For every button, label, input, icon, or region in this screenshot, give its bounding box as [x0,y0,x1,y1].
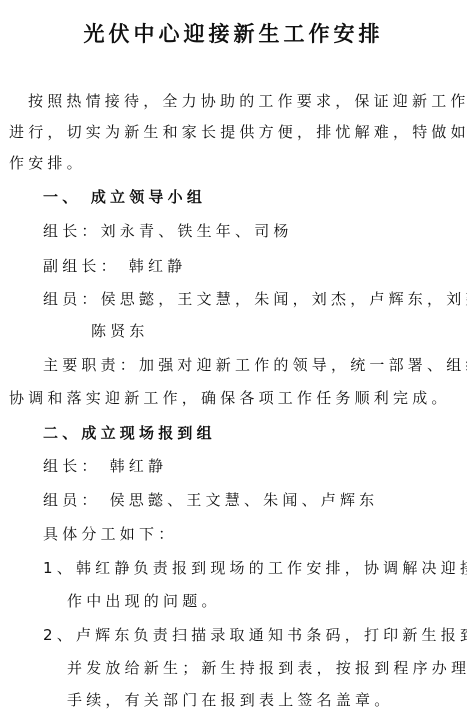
intro-line-1: 按照热情接待，全力协助的工作要求，保证迎新工作有序 [28,91,467,111]
section2-heading: 二、成立现场报到组 [43,423,216,443]
intro-line-3: 作安排。 [9,153,86,173]
section1-leader: 组长：刘永青、铁生年、司杨 [43,221,293,241]
section2-item2-line-3: 手续，有关部门在报到表上签名盖章。 [67,690,393,710]
section2-leader: 组长： 韩红静 [43,456,167,476]
section2-item2-line-2: 并发放给新生；新生持报到表，按报到程序办理有关 [67,658,467,678]
section2-division-intro: 具体分工如下： [43,524,177,544]
section1-duty-line-1: 主要职责：加强对迎新工作的领导，统一部署、组织、 [43,355,467,375]
section2-item2-line-1: 2、卢辉东负责扫描录取通知书条码，打印新生报到表 [43,625,467,645]
section1-members-line-2: 陈贤东 [91,321,149,341]
intro-line-2: 进行，切实为新生和家长提供方便，排忧解难，特做如下工 [9,122,467,142]
section1-deputy: 副组长： 韩红静 [43,256,186,276]
section2-item1-line-2: 作中出现的问题。 [67,591,221,611]
section2-item1-line-1: 1、韩红静负责报到现场的工作安排，协调解决迎接工 [43,558,467,578]
section2-members: 组员： 侯思懿、王文慧、朱闻、卢辉东 [43,490,378,510]
section1-duty-line-2: 协调和落实迎新工作，确保各项工作任务顺利完成。 [9,388,451,408]
section1-members-line-1: 组员：侯思懿，王文慧，朱闻，刘杰，卢辉东，刘延杰， [43,289,467,309]
document-title: 光伏中心迎接新生工作安排 [0,18,467,48]
section1-heading: 一、 成立领导小组 [43,187,206,207]
